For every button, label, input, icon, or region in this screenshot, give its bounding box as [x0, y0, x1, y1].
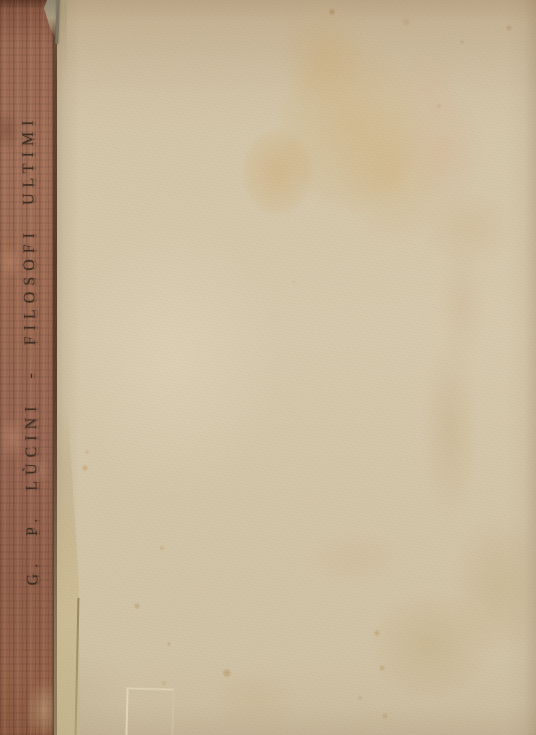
spine-title-text: G. P. LÙCINI - FILOSOFI ULTIMI: [15, 100, 46, 600]
foxing-spots: [54, 0, 536, 735]
spine-joint-line: [53, 0, 57, 735]
crease-mark: [125, 687, 174, 735]
book-cover-photo: G. P. LÙCINI - FILOSOFI ULTIMI: [0, 0, 536, 735]
